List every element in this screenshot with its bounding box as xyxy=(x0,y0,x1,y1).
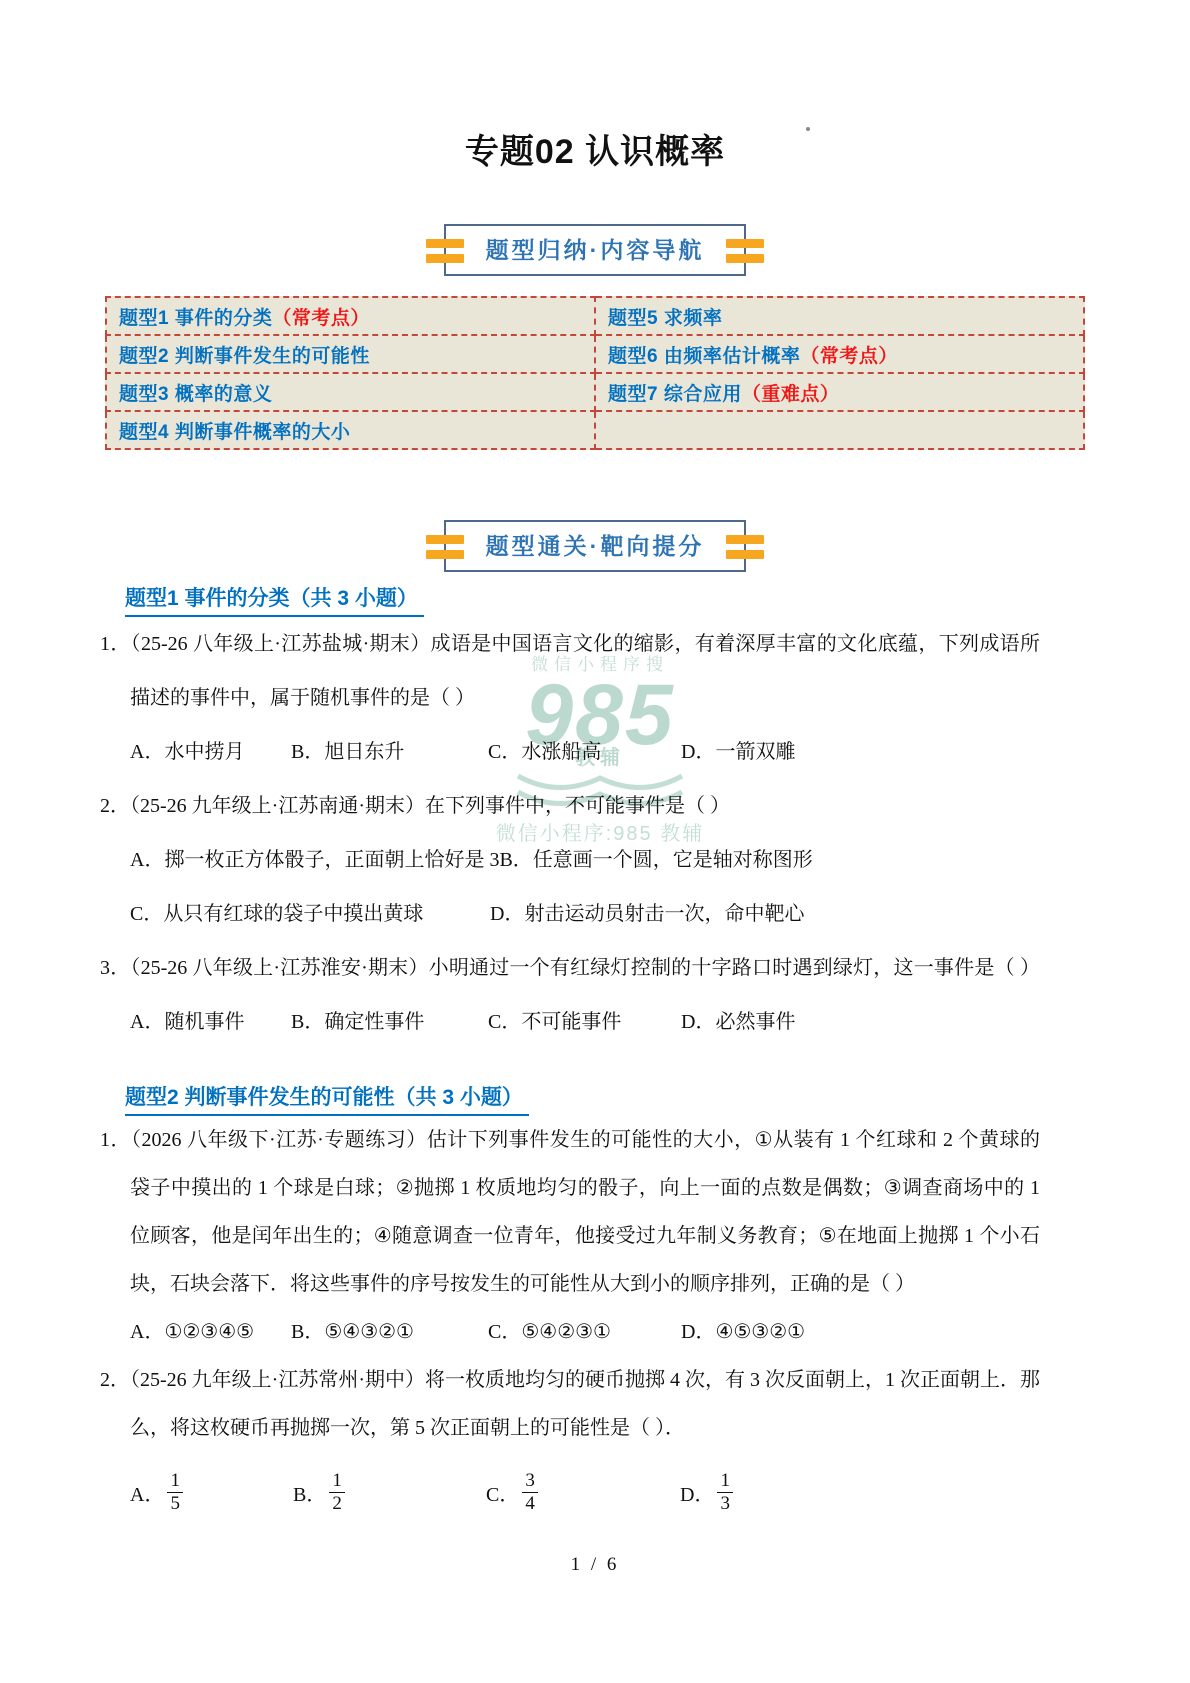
fraction: 1 2 xyxy=(329,1470,345,1515)
nav-banner: 题型归纳·内容导航 xyxy=(0,224,1190,276)
option-b: B．⑤④③②① xyxy=(291,1308,488,1356)
section2-heading-row: 题型2 判断事件发生的可能性（共 3 小题） xyxy=(125,1085,1190,1116)
options-row: A．①②③④⑤ B．⑤④③②① C．⑤④②③① D．④⑤③②① xyxy=(130,1308,1040,1356)
fraction: 3 4 xyxy=(522,1470,538,1515)
double-bars-icon xyxy=(426,239,464,263)
options-row: A．水中捞月 B．旭日东升 C．水涨船高 D．一箭双雕 xyxy=(130,725,1040,779)
section1-heading-row: 题型1 事件的分类（共 3 小题） xyxy=(125,586,1190,617)
double-bars-icon xyxy=(726,239,764,263)
option-a: A．随机事件 xyxy=(130,995,291,1049)
nav-cell-text: 题型6 由频率估计概率 xyxy=(608,346,800,367)
nav-cell-type3: 题型3 概率的意义 xyxy=(106,373,595,411)
option-c: C．从只有红球的袋子中摸出黄球 xyxy=(130,887,490,941)
fraction: 1 5 xyxy=(167,1470,183,1515)
practice-banner: 题型通关·靶向提分 xyxy=(0,520,1190,572)
option-a: A． 1 5 xyxy=(130,1470,293,1515)
question-line: 么，将这枚硬币再抛掷一次，第 5 次正面朝上的可能性是（ ）． xyxy=(130,1404,1040,1452)
option-c: C． 3 4 xyxy=(486,1470,680,1515)
options-row: A．随机事件 B．确定性事件 C．不可能事件 D．必然事件 xyxy=(130,995,1040,1049)
double-bars-icon xyxy=(726,535,764,559)
nav-cell-type1: 题型1 事件的分类（常考点） xyxy=(106,297,595,335)
option-c: C．不可能事件 xyxy=(488,995,681,1049)
nav-cell-tag: （重难点） xyxy=(742,384,840,405)
option-d: D． 1 3 xyxy=(680,1470,1040,1515)
option-label: D． xyxy=(680,1478,714,1507)
numerator: 1 xyxy=(329,1470,345,1492)
nav-cell-text: 题型3 概率的意义 xyxy=(119,384,272,405)
question-line: 1．（2026 八年级下·江苏·专题练习）估计下列事件发生的可能性的大小，①从装… xyxy=(100,1116,1040,1164)
numerator: 1 xyxy=(717,1470,733,1492)
option-a: A．水中捞月 xyxy=(130,725,291,779)
option-b: B． 1 2 xyxy=(293,1470,486,1515)
nav-cell-text: 题型5 求频率 xyxy=(608,308,722,329)
page-title: 专题02 认识概率 xyxy=(0,0,1190,174)
question-line: 袋子中摸出的 1 个球是白球；②抛掷 1 枚质地均匀的骰子，向上一面的点数是偶数… xyxy=(130,1164,1040,1212)
options-line-ab: A．掷一枚正方体骰子，正面朝上恰好是 3B．任意画一个圆，它是轴对称图形 xyxy=(130,833,1040,887)
question-line: 2．（25-26 九年级上·江苏南通·期末）在下列事件中，不可能事件是（ ） xyxy=(100,779,1040,833)
nav-cell-text: 题型7 综合应用 xyxy=(608,384,742,405)
nav-cell-type5: 题型5 求频率 xyxy=(595,297,1084,335)
nav-banner-box: 题型归纳·内容导航 xyxy=(444,224,747,276)
section1-questions: 1．（25-26 八年级上·江苏盐城·期末）成语是中国语言文化的缩影，有着深厚丰… xyxy=(100,617,1040,1049)
options-row: C．从只有红球的袋子中摸出黄球 D．射击运动员射击一次，命中靶心 xyxy=(130,887,1040,941)
denominator: 3 xyxy=(717,1492,733,1515)
fraction: 1 3 xyxy=(717,1470,733,1515)
option-d: D．必然事件 xyxy=(681,995,1040,1049)
option-label: B． xyxy=(293,1478,326,1507)
denominator: 4 xyxy=(522,1492,538,1515)
nav-cell-text: 题型1 事件的分类 xyxy=(119,308,272,329)
nav-cell-empty xyxy=(595,411,1084,449)
fraction-options-row: A． 1 5 B． 1 2 C． 3 xyxy=(130,1460,1040,1524)
numerator: 1 xyxy=(167,1470,183,1492)
practice-banner-box: 题型通关·靶向提分 xyxy=(444,520,747,572)
nav-cell-type2: 题型2 判断事件发生的可能性 xyxy=(106,335,595,373)
option-b: B．旭日东升 xyxy=(291,725,488,779)
option-d: D．④⑤③②① xyxy=(681,1308,1040,1356)
option-c: C．⑤④②③① xyxy=(488,1308,681,1356)
nav-cell-text: 题型4 判断事件概率的大小 xyxy=(119,422,350,443)
option-d: D．一箭双雕 xyxy=(681,725,1040,779)
option-label: C． xyxy=(486,1478,519,1507)
table-row: 题型2 判断事件发生的可能性 题型6 由频率估计概率（常考点） xyxy=(106,335,1084,373)
nav-cell-text: 题型2 判断事件发生的可能性 xyxy=(119,346,370,367)
option-c: C．水涨船高 xyxy=(488,725,681,779)
option-b: B．确定性事件 xyxy=(291,995,488,1049)
nav-cell-type6: 题型6 由频率估计概率（常考点） xyxy=(595,335,1084,373)
question-line: 2．（25-26 九年级上·江苏常州·期中）将一枚质地均匀的硬币抛掷 4 次，有… xyxy=(100,1356,1040,1404)
nav-cell-tag: （常考点） xyxy=(800,346,898,367)
double-bars-icon xyxy=(426,535,464,559)
page-number: 1 / 6 xyxy=(0,1554,1190,1576)
worksheet-page: 微信小程序搜 985 教辅 微信小程序:985 教辅 专题02 认识概率 题型归… xyxy=(0,0,1190,1683)
question-line: 位顾客，他是闰年出生的；④随意调查一位青年，他接受过九年制义务教育；⑤在地面上抛… xyxy=(130,1212,1040,1260)
denominator: 2 xyxy=(329,1492,345,1515)
nav-cell-type7: 题型7 综合应用（重难点） xyxy=(595,373,1084,411)
question-line: 块，石块会落下．将这些事件的序号按发生的可能性从大到小的顺序排列，正确的是（ ） xyxy=(130,1260,1040,1308)
option-label: A． xyxy=(130,1478,164,1507)
practice-banner-title: 题型通关·靶向提分 xyxy=(486,533,705,559)
section1-heading: 题型1 事件的分类（共 3 小题） xyxy=(125,586,424,617)
table-row: 题型4 判断事件概率的大小 xyxy=(106,411,1084,449)
question-line: 3．（25-26 八年级上·江苏淮安·期末）小明通过一个有红绿灯控制的十字路口时… xyxy=(100,941,1040,995)
question-type-nav-table: 题型1 事件的分类（常考点） 题型5 求频率 题型2 判断事件发生的可能性 题型… xyxy=(105,296,1085,450)
section2-heading: 题型2 判断事件发生的可能性（共 3 小题） xyxy=(125,1085,529,1116)
option-d: D．射击运动员射击一次，命中靶心 xyxy=(490,887,1040,941)
nav-cell-type4: 题型4 判断事件概率的大小 xyxy=(106,411,595,449)
nav-banner-title: 题型归纳·内容导航 xyxy=(486,237,705,263)
section2-questions: 1．（2026 八年级下·江苏·专题练习）估计下列事件发生的可能性的大小，①从装… xyxy=(100,1116,1040,1524)
nav-cell-tag: （常考点） xyxy=(272,308,370,329)
question-line: 描述的事件中，属于随机事件的是（ ） xyxy=(130,671,1040,725)
table-row: 题型1 事件的分类（常考点） 题型5 求频率 xyxy=(106,297,1084,335)
table-row: 题型3 概率的意义 题型7 综合应用（重难点） xyxy=(106,373,1084,411)
question-line: 1．（25-26 八年级上·江苏盐城·期末）成语是中国语言文化的缩影，有着深厚丰… xyxy=(100,617,1040,671)
numerator: 3 xyxy=(522,1470,538,1492)
option-a: A．①②③④⑤ xyxy=(130,1308,291,1356)
denominator: 5 xyxy=(167,1492,183,1515)
